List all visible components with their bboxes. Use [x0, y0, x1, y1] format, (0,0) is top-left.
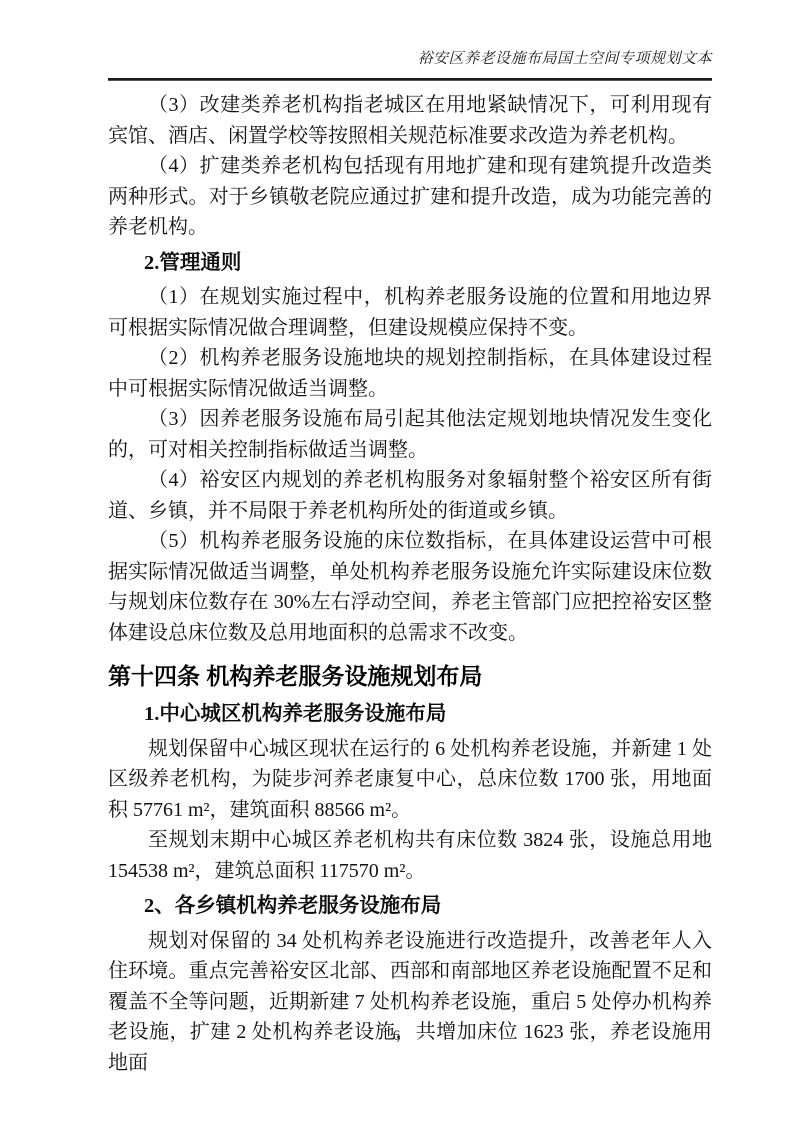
- paragraph: 至规划末期中心城区养老机构共有床位数 3824 张，设施总用地 154538 m…: [108, 825, 712, 886]
- sub-heading: 2.管理通则: [108, 248, 712, 279]
- paragraph: 规划对保留的 34 处机构养老设施进行改造提升，改善老年人入住环境。重点完善裕安…: [108, 926, 712, 1079]
- paragraph: （1）在规划实施过程中，机构养老服务设施的位置和用地边界可根据实际情况做合理调整…: [108, 282, 712, 343]
- running-header-title: 裕安区养老设施布局国土空间专项规划文本: [108, 48, 712, 70]
- paragraph: （3）因养老服务设施布局引起其他法定规划地块情况发生变化的，可对相关控制指标做适…: [108, 404, 712, 465]
- document-page: 裕安区养老设施布局国土空间专项规划文本 （3）改建类养老机构指老城区在用地紧缺情…: [0, 0, 793, 1122]
- article-heading: 第十四条 机构养老服务设施规划布局: [108, 659, 712, 693]
- paragraph: （2）机构养老服务设施地块的规划控制指标，在具体建设过程中可根据实际情况做适当调…: [108, 343, 712, 404]
- paragraph: （5）机构养老服务设施的床位数指标，在具体建设运营中可根据实际情况做适当调整，单…: [108, 526, 712, 648]
- paragraph: （3）改建类养老机构指老城区在用地紧缺情况下，可利用现有宾馆、酒店、闲置学校等按…: [108, 90, 712, 151]
- paragraph: 规划保留中心城区现状在运行的 6 处机构养老设施，并新建 1 处区级养老机构，为…: [108, 734, 712, 826]
- header-rule: [108, 78, 712, 81]
- sub-heading: 1.中心城区机构养老服务设施布局: [108, 699, 712, 730]
- document-body: （3）改建类养老机构指老城区在用地紧缺情况下，可利用现有宾馆、酒店、闲置学校等按…: [108, 90, 712, 1078]
- page-number: 6: [0, 1028, 793, 1045]
- sub-heading: 2、各乡镇机构养老服务设施布局: [108, 891, 712, 922]
- paragraph: （4）扩建类养老机构包括现有用地扩建和现有建筑提升改造类两种形式。对于乡镇敬老院…: [108, 151, 712, 243]
- paragraph: （4）裕安区内规划的养老机构服务对象辐射整个裕安区所有街道、乡镇，并不局限于养老…: [108, 465, 712, 526]
